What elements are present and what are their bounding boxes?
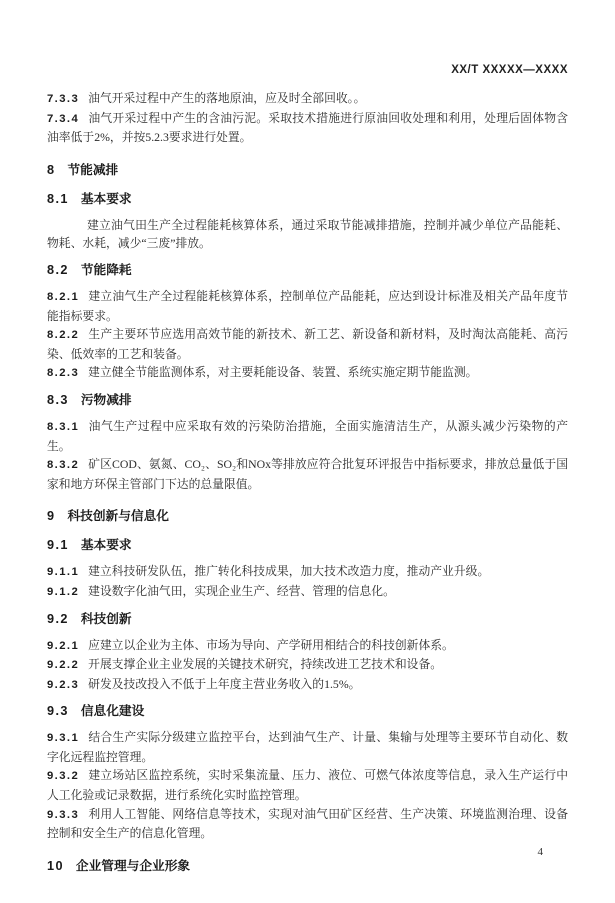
clause-text: 生产主要环节应选用高效节能的新技术、新工艺、新设备和新材料，及时淘汰高能耗、高污… — [47, 327, 568, 361]
clause-text: 利用人工智能、网络信息等技术，实现对油气田矿区经营、生产决策、环境监测治理、设备… — [47, 807, 568, 841]
clause-number: 9.3.2 — [47, 770, 79, 782]
section-number: 9 — [47, 509, 55, 523]
section-title: 基本要求 — [81, 538, 132, 552]
clause-number: 9.1.2 — [47, 586, 79, 598]
section-8-1-heading: 8.1基本要求 — [47, 190, 568, 209]
clause-number: 8.2.1 — [47, 291, 79, 303]
section-number: 8.1 — [47, 192, 69, 206]
clause-9-3-2: 9.3.2建立场站区监控系统，实时采集流量、压力、液位、可燃气体浓度等信息，录入… — [47, 766, 568, 804]
section-number: 9.2 — [47, 612, 69, 626]
section-title: 节能减排 — [67, 163, 118, 177]
page-number: 4 — [538, 846, 544, 859]
clause-text: 开展支撑企业主业发展的关键技术研究，持续改进工艺技术和设备。 — [88, 657, 442, 671]
clause-text: 油气开采过程中产生的落地原油，应及时全部回收。。 — [88, 91, 365, 105]
clause-text: 建立油气生产全过程能耗核算体系，控制单位产品能耗，应达到设计标准及相关产品年度节… — [47, 289, 568, 323]
section-title: 企业管理与企业形象 — [76, 859, 190, 873]
clause-9-1-2: 9.1.2建设数字化油气田，实现企业生产、经营、管理的信息化。 — [47, 582, 568, 602]
clause-text: 建立科技研发队伍，推广转化科技成果，加大技术改造力度，推动产业升级。 — [88, 564, 489, 578]
paragraph-8-1: 建立油气田生产全过程能耗核算体系，通过采取节能减排措施，控制并减少单位产品能耗、… — [47, 216, 568, 253]
section-9-heading: 9科技创新与信息化 — [47, 507, 568, 526]
section-9-1-heading: 9.1基本要求 — [47, 536, 568, 555]
clause-9-3-1: 9.3.1结合生产实际分级建立监控平台，达到油气生产、计量、集输与处理等主要环节… — [47, 728, 568, 766]
section-number: 9.1 — [47, 538, 69, 552]
section-8-3-heading: 8.3污物减排 — [47, 391, 568, 410]
clause-number: 7.3.3 — [47, 93, 79, 105]
clause-9-3-3: 9.3.3利用人工智能、网络信息等技术，实现对油气田矿区经营、生产决策、环境监测… — [47, 805, 568, 843]
document-page: XX/T XXXXX—XXXX 7.3.3油气开采过程中产生的落地原油，应及时全… — [0, 0, 615, 903]
clause-number: 8.3.2 — [47, 459, 79, 471]
section-title: 信息化建设 — [81, 704, 144, 718]
clause-9-1-1: 9.1.1建立科技研发队伍，推广转化科技成果，加大技术改造力度，推动产业升级。 — [47, 562, 568, 582]
clause-text: 建设数字化油气田，实现企业生产、经营、管理的信息化。 — [88, 584, 395, 598]
clause-text: 应建立以企业为主体、市场为导向、产学研用相结合的科技创新体系。 — [88, 638, 454, 652]
section-10-heading: 10企业管理与企业形象 — [47, 857, 568, 876]
clause-text: 油气生产过程中应采取有效的污染防治措施，全面实施清洁生产，从源头减少污染物的产生… — [47, 419, 568, 453]
clause-text: 矿区COD、氨氮、CO₂、SO₂和NOx等排放应符合批复环评报告中指标要求，排放… — [47, 457, 568, 491]
clause-number: 7.3.4 — [47, 113, 79, 125]
section-8-heading: 8节能减排 — [47, 161, 568, 180]
section-title: 节能降耗 — [81, 263, 132, 277]
section-9-2-heading: 9.2科技创新 — [47, 610, 568, 629]
clause-text: 研发及技改投入不低于上年度主营业务收入的1.5%。 — [88, 677, 360, 691]
section-title: 基本要求 — [81, 192, 132, 206]
section-9-3-heading: 9.3信息化建设 — [47, 702, 568, 721]
clause-9-2-2: 9.2.2开展支撑企业主业发展的关键技术研究，持续改进工艺技术和设备。 — [47, 655, 568, 675]
clause-8-3-2: 8.3.2矿区COD、氨氮、CO₂、SO₂和NOx等排放应符合批复环评报告中指标… — [47, 455, 568, 493]
clause-number: 9.3.1 — [47, 732, 79, 744]
section-number: 8.2 — [47, 263, 69, 277]
clause-text: 油气开采过程中产生的含油污泥。采取技术措施进行原油回收处理和利用，处理后固体物含… — [47, 111, 568, 145]
section-title: 科技创新与信息化 — [67, 509, 169, 523]
clause-number: 8.3.1 — [47, 421, 79, 433]
clause-8-2-3: 8.2.3建立健全节能监测体系，对主要耗能设备、装置、系统实施定期节能监测。 — [47, 363, 568, 383]
header-doc-ref: XX/T XXXXX—XXXX — [47, 64, 568, 77]
clause-number: 9.3.3 — [47, 809, 79, 821]
clause-8-2-1: 8.2.1建立油气生产全过程能耗核算体系，控制单位产品能耗，应达到设计标准及相关… — [47, 287, 568, 325]
section-title: 科技创新 — [81, 612, 132, 626]
clause-number: 8.2.3 — [47, 367, 79, 379]
clause-number: 9.1.1 — [47, 566, 79, 578]
section-title: 污物减排 — [81, 393, 132, 407]
clause-7-3-3: 7.3.3油气开采过程中产生的落地原油，应及时全部回收。。 — [47, 89, 568, 109]
section-number: 9.3 — [47, 704, 69, 718]
clause-8-2-2: 8.2.2生产主要环节应选用高效节能的新技术、新工艺、新设备和新材料，及时淘汰高… — [47, 325, 568, 363]
clause-number: 9.2.3 — [47, 679, 79, 691]
clause-text: 建立场站区监控系统，实时采集流量、压力、液位、可燃气体浓度等信息，录入生产运行中… — [47, 768, 568, 802]
clause-number: 9.2.1 — [47, 640, 79, 652]
clause-7-3-4: 7.3.4油气开采过程中产生的含油污泥。采取技术措施进行原油回收处理和利用，处理… — [47, 109, 568, 147]
section-number: 10 — [47, 859, 64, 873]
clause-8-3-1: 8.3.1油气生产过程中应采取有效的污染防治措施，全面实施清洁生产，从源头减少污… — [47, 417, 568, 455]
clause-number: 9.2.2 — [47, 659, 79, 671]
clause-number: 8.2.2 — [47, 329, 79, 341]
clause-text: 建立健全节能监测体系，对主要耗能设备、装置、系统实施定期节能监测。 — [88, 365, 477, 379]
clause-9-2-3: 9.2.3研发及技改投入不低于上年度主营业务收入的1.5%。 — [47, 675, 568, 695]
clause-9-2-1: 9.2.1应建立以企业为主体、市场为导向、产学研用相结合的科技创新体系。 — [47, 636, 568, 656]
clause-text: 结合生产实际分级建立监控平台，达到油气生产、计量、集输与处理等主要环节自动化、数… — [47, 730, 568, 764]
section-8-2-heading: 8.2节能降耗 — [47, 261, 568, 280]
section-number: 8 — [47, 163, 55, 177]
section-number: 8.3 — [47, 393, 69, 407]
